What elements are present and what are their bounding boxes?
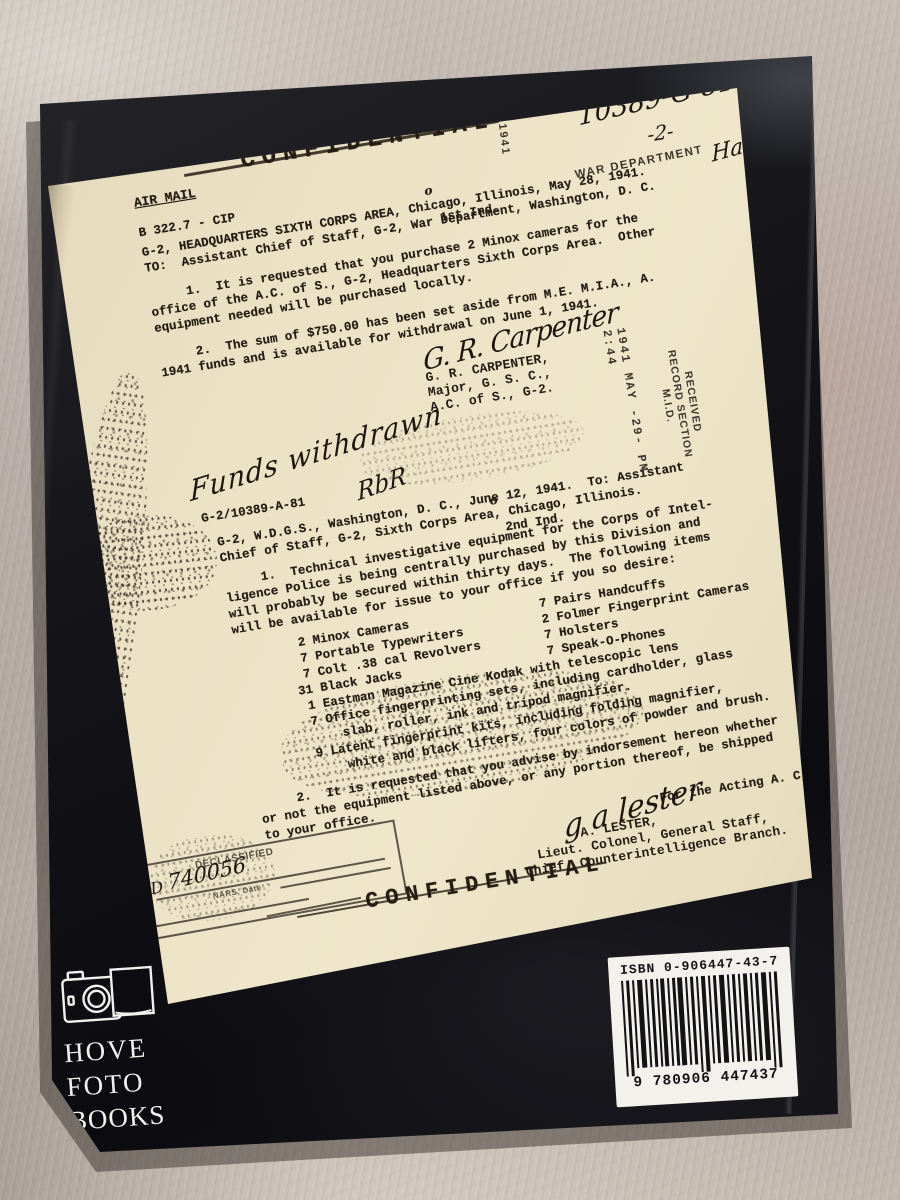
document-content: CONFIDENTIAL MAY 31 1941 OFFICE CHIEF OF… <box>65 30 890 1029</box>
isbn-barcode-label: ISBN 0-906447-43-7 <box>608 947 799 1108</box>
camera-book-logo-icon <box>58 960 162 1031</box>
book-photo-scene: CONFIDENTIAL MAY 31 1941 OFFICE CHIEF OF… <box>0 0 900 1200</box>
stamp-rule <box>135 898 308 931</box>
declassified-stamp: DECLASSIFIED NND 740056 NARS, Date By <box>97 819 408 947</box>
book-back-cover: CONFIDENTIAL MAY 31 1941 OFFICE CHIEF OF… <box>0 0 900 1200</box>
funds-withdrawn-note: Funds withdrawn <box>190 396 443 508</box>
received-record-stamp: RECEIVED RECORD SECTION M.I.D. <box>651 337 709 471</box>
declassified-by-label: By <box>116 920 129 932</box>
date-received-stamp: MAY 31 1941 <box>489 68 513 169</box>
handwritten-page-number: -2- <box>647 118 673 147</box>
stamp-rule <box>280 867 390 888</box>
handwritten-initials: RbR <box>356 461 407 507</box>
air-mail-label: AIR MAIL <box>133 186 197 212</box>
barcode <box>619 971 787 1077</box>
publisher-logo: HOVE FOTO BOOKS <box>58 957 220 1138</box>
